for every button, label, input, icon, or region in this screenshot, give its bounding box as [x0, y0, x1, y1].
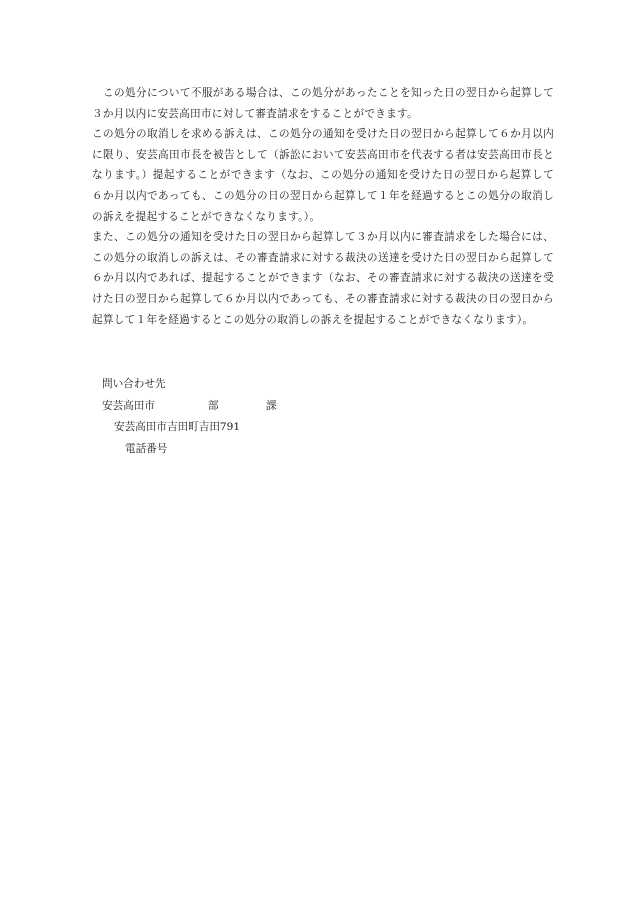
contact-info: 問い合わせ先 安芸高田市 部 課 安芸高田市吉田町吉田791 電話番号 — [102, 374, 277, 460]
contact-heading: 問い合わせ先 — [102, 374, 277, 396]
contact-phone-label: 電話番号 — [102, 439, 277, 461]
contact-department-suffix: 部 — [208, 396, 266, 418]
contact-address: 安芸高田市吉田町吉田791 — [102, 417, 277, 439]
contact-section-suffix: 課 — [266, 396, 277, 418]
contact-department-line: 安芸高田市 部 課 — [102, 396, 277, 418]
appeal-notice-text: この処分について不服がある場合は、この処分があったことを知った日の翌日から起算し… — [92, 83, 554, 330]
paragraph-revocation-suit: この処分の取消しを求める訴えは、この処分の通知を受けた日の翌日から起算して６か月… — [92, 124, 554, 227]
paragraph-review-request: この処分について不服がある場合は、この処分があったことを知った日の翌日から起算し… — [92, 83, 554, 124]
contact-city: 安芸高田市 — [102, 396, 208, 418]
document-page: この処分について不服がある場合は、この処分があったことを知った日の翌日から起算し… — [0, 0, 630, 903]
paragraph-suit-after-review: また、この処分の通知を受けた日の翌日から起算して３か月以内に審査請求をした場合に… — [92, 227, 554, 330]
